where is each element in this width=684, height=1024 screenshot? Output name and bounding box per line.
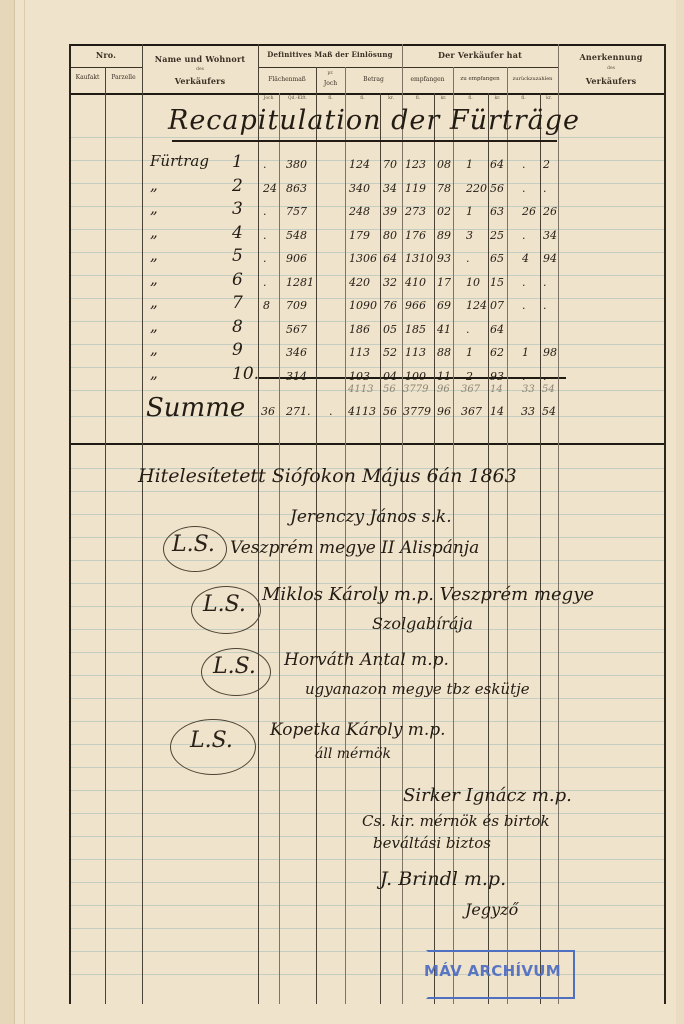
cell-betrag-kr: 05 [383,323,397,336]
signature-6-name: J. Brindl m.p. [380,868,506,890]
cell-empfangen-kr: 11 [437,370,451,383]
cell-empfangen-kr: 02 [437,205,451,218]
cell-row-number: 6 [232,270,243,290]
summe-zu-fl: 367 [461,405,482,418]
cell-betrag-fl: 1306 [349,252,377,265]
cell-row-label: „ [150,223,158,241]
cell-zurueck-kr: . [543,276,547,289]
cell-zurueck-kr: . [543,299,547,312]
signature-3-title: ugyanazon megye tbz eskütje [305,680,530,698]
cell-row-number: 8 [232,317,243,337]
archive-stamp: MÁV ARCHÍVUM [424,962,561,980]
header-verkaeufers: Verkäufers [142,76,258,86]
title-recapitulation: Recapitulation der Fürträge [168,105,580,136]
cell-betrag-kr: 34 [383,182,397,195]
cell-zu-empfangen-fl: 1 [466,205,473,218]
summe-emp-fl: 3779 [403,405,431,418]
cell-quadratklafter: 906 [286,252,307,265]
cell-zu-empfangen-kr: 65 [490,252,504,265]
cell-joch: 24 [263,182,277,195]
header-kaufakt: Kaufakt [70,74,105,81]
cell-zu-empfangen-fl: 124 [466,299,487,312]
header-anerkennung: Anerkennung [558,52,664,62]
signature-6-title: Jegyző [465,900,518,919]
summe-zur-fl: 33 [521,405,535,418]
signature-5-name: Sirker Ignácz m.p. [403,785,572,806]
cell-zu-empfangen-kr: 62 [490,346,504,359]
signature-2-name: Miklos Károly m.p. Veszprém megye [262,584,594,605]
cell-zurueck-fl: . [522,299,526,312]
pencil-emp-kr: 96 [437,384,450,395]
summe-prjoch: . [329,405,333,418]
cell-zu-empfangen-kr: 56 [490,182,504,195]
cell-zurueck-fl: . [522,276,526,289]
unit-fl: fl. [316,96,345,101]
cell-zurueck-kr: . [543,370,547,383]
cell-zu-empfangen-fl: 220 [466,182,487,195]
cell-empfangen-fl: 1310 [405,252,433,265]
seal-4-label: L.S. [190,728,233,753]
cell-betrag-kr: 04 [383,370,397,383]
signature-5-title-1: Cs. kir. mérnök és birtok [362,812,550,830]
cell-empfangen-kr: 69 [437,299,451,312]
cell-joch: . [263,229,267,242]
pencil-kr: 56 [383,384,396,395]
cell-row-label: „ [150,317,158,335]
signature-4-name: Kopetka Károly m.p. [270,720,446,740]
cell-row-label: „ [150,340,158,358]
cell-zurueck-kr: 26 [543,205,557,218]
cell-row-label: Fürtrag [150,152,209,170]
cell-zurueck-fl: 26 [522,205,536,218]
cell-empfangen-fl: 273 [405,205,426,218]
cell-empfangen-kr: 41 [437,323,451,336]
cell-row-number: 9 [232,340,243,360]
header-anerkennung-verk: Verkäufers [558,76,664,86]
page-edge [0,0,15,1024]
cell-row-number: 10. [232,364,259,384]
cell-betrag-fl: 186 [349,323,370,336]
cell-zu-empfangen-fl: 2 [466,370,473,383]
cell-quadratklafter: 380 [286,158,307,171]
cell-row-number: 4 [232,223,243,243]
cell-empfangen-kr: 78 [437,182,451,195]
cell-empfangen-fl: 119 [405,182,426,195]
cell-zu-empfangen-kr: 93 [490,370,504,383]
cell-zurueck-kr: 94 [543,252,557,265]
attestation-date: Hitelesítetett Siófokon Május 6án 1863 [138,465,517,487]
cell-empfangen-fl: 113 [405,346,426,359]
cell-row-label: „ [150,246,158,264]
cell-zu-empfangen-kr: 25 [490,229,504,242]
cell-row-number: 5 [232,246,243,266]
header-zurueck: zurückzuzahlen [507,76,558,82]
pencil-emp-fl: 3779 [403,384,428,395]
unit-fl: fl. [507,96,540,101]
cell-zu-empfangen-kr: 15 [490,276,504,289]
cell-row-number: 1 [232,152,243,172]
unit-klft: Qd.-Klft. [279,96,316,101]
cell-joch: . [263,276,267,289]
cell-empfangen-fl: 100 [405,370,426,383]
signature-4-title: áll mérnök [315,746,391,762]
cell-zu-empfangen-fl: . [466,252,470,265]
cell-zu-empfangen-kr: 63 [490,205,504,218]
cell-joch: . [263,205,267,218]
unit-kr: kr. [380,96,402,101]
cell-row-number: 7 [232,293,243,313]
header-joch: Joch [316,80,345,87]
cell-joch: . [263,158,267,171]
cell-zurueck-fl: . [522,229,526,242]
cell-row-label: „ [150,199,158,217]
pencil-zur-kr: 54 [542,384,555,395]
signature-2-title: Szolgabírája [372,614,473,633]
cell-row-label: „ [150,293,158,311]
summe-kr: 56 [383,405,397,418]
cell-quadratklafter: 757 [286,205,307,218]
cell-zu-empfangen-fl: 10 [466,276,480,289]
cell-betrag-kr: 52 [383,346,397,359]
header-name: Name und Wohnort [142,54,258,64]
pencil-zu-kr: 14 [490,384,503,395]
cell-betrag-kr: 70 [383,158,397,171]
cell-zurueck-fl: 4 [522,252,529,265]
signature-1-title: Veszprém megye II Alispánja [230,538,479,558]
cell-empfangen-kr: 89 [437,229,451,242]
header-betrag: Betrag [345,76,402,83]
pencil-zu-fl: 367 [461,384,480,395]
cell-quadratklafter: 1281 [286,276,314,289]
cell-betrag-fl: 179 [349,229,370,242]
header-nro: Nro. [70,50,142,60]
cell-zu-empfangen-kr: 07 [490,299,504,312]
cell-zu-empfangen-kr: 64 [490,158,504,171]
cell-row-label: „ [150,364,158,382]
cell-betrag-kr: 64 [383,252,397,265]
cell-betrag-kr: 76 [383,299,397,312]
cell-betrag-kr: 39 [383,205,397,218]
unit-fl: fl. [402,96,434,101]
cell-zurueck-fl: . [522,370,526,383]
header-verkaeufer-hat: Der Verkäufer hat [402,50,558,60]
summe-klft: 271. [286,405,311,418]
cell-betrag-kr: 80 [383,229,397,242]
seal-3-label: L.S. [213,654,256,679]
cell-empfangen-kr: 88 [437,346,451,359]
cell-zurueck-kr: 2 [543,158,550,171]
cell-zurueck-fl: 1 [522,346,529,359]
cell-zu-empfangen-fl: 1 [466,346,473,359]
cell-betrag-fl: 340 [349,182,370,195]
unit-fl: fl. [345,96,380,101]
cell-betrag-fl: 248 [349,205,370,218]
cell-quadratklafter: 709 [286,299,307,312]
cell-empfangen-fl: 410 [405,276,426,289]
header-zu-empfangen: zu empfangen [453,76,507,82]
cell-zurueck-kr: 98 [543,346,557,359]
header-flaechenmass: Flächenmaß [258,76,316,83]
cell-empfangen-fl: 123 [405,158,426,171]
cell-betrag-fl: 1090 [349,299,377,312]
pencil-zur-fl: 33 [522,384,535,395]
cell-joch: 8 [263,299,270,312]
unit-kr: kr. [434,96,453,101]
cell-row-number: 3 [232,199,243,219]
cell-quadratklafter: 863 [286,182,307,195]
signature-1-name: Jerenczy János s.k. [290,507,452,527]
cell-zurueck-fl: . [522,158,526,171]
seal-2-label: L.S. [203,592,246,617]
cell-empfangen-fl: 966 [405,299,426,312]
page-fold [24,0,25,1024]
header-pr: pr. [316,71,345,76]
cell-joch: . [263,252,267,265]
title-underline [172,140,557,142]
signature-5-title-2: beváltási biztos [373,834,491,852]
cell-row-label: „ [150,176,158,194]
cell-quadratklafter: 567 [286,323,307,336]
unit-kr: kr. [540,96,558,101]
summe-zu-kr: 14 [490,405,504,418]
page-edge-right [676,0,684,1024]
cell-betrag-fl: 124 [349,158,370,171]
header-anerkennung-des: des [558,66,664,71]
cell-zu-empfangen-fl: 1 [466,158,473,171]
seal-1-label: L.S. [172,532,215,557]
cell-zu-empfangen-fl: . [466,323,470,336]
unit-joch: Joch [258,96,279,101]
summe-label: Summe [146,393,245,423]
cell-row-label: „ [150,270,158,288]
cell-quadratklafter: 346 [286,346,307,359]
cell-empfangen-fl: 176 [405,229,426,242]
summe-fl: 4113 [348,405,376,418]
cell-quadratklafter: 548 [286,229,307,242]
cell-zu-empfangen-kr: 64 [490,323,504,336]
cell-betrag-kr: 32 [383,276,397,289]
summe-zur-kr: 54 [542,405,556,418]
cell-row-number: 2 [232,176,243,196]
cell-betrag-fl: 103 [349,370,370,383]
pencil-fl: 4113 [348,384,373,395]
header-des: des [142,67,258,72]
unit-kr: kr. [488,96,507,101]
header-parzelle: Parzelle [105,74,142,81]
cell-empfangen-kr: 08 [437,158,451,171]
cell-zurueck-fl: . [522,182,526,195]
cell-quadratklafter: 314 [286,370,307,383]
signature-3-name: Horváth Antal m.p. [284,650,449,670]
summe-joch: 36 [261,405,275,418]
header-definitives: Definitives Maß der Einlösung [258,50,402,59]
cell-betrag-fl: 420 [349,276,370,289]
cell-empfangen-fl: 185 [405,323,426,336]
cell-empfangen-kr: 17 [437,276,451,289]
header-empfangen: empfangen [402,76,453,83]
summe-emp-kr: 96 [437,405,451,418]
cell-empfangen-kr: 93 [437,252,451,265]
cell-zu-empfangen-fl: 3 [466,229,473,242]
cell-zurueck-kr: 34 [543,229,557,242]
unit-fl: fl. [453,96,488,101]
cell-zurueck-kr: . [543,182,547,195]
cell-betrag-fl: 113 [349,346,370,359]
